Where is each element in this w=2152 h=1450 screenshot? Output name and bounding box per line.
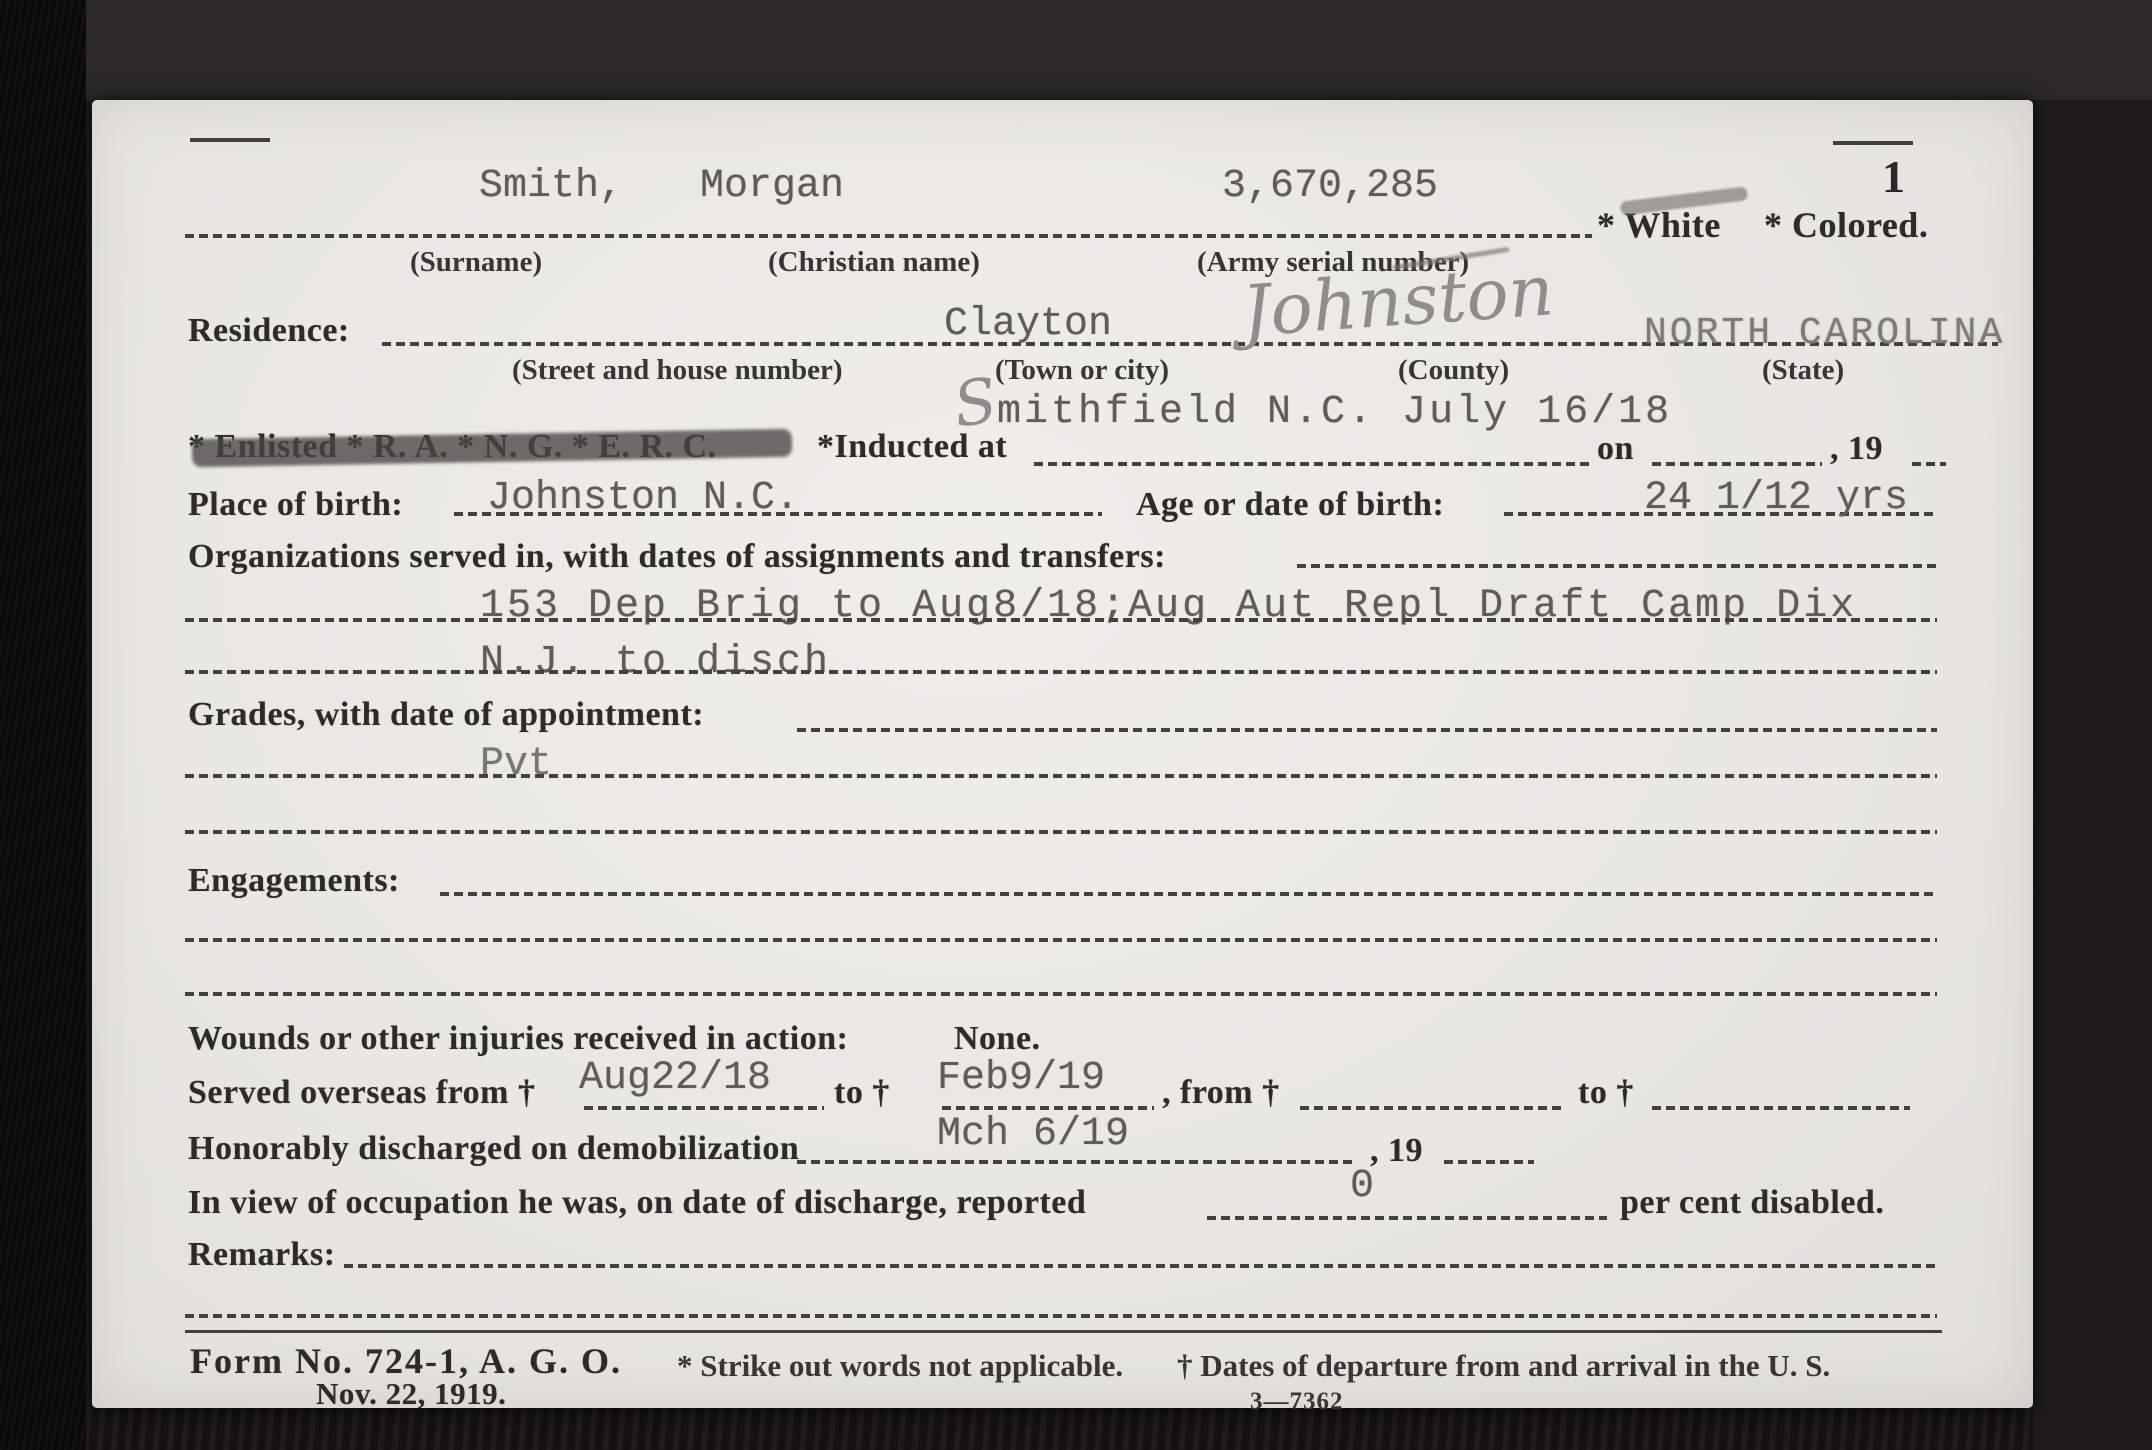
- scan-left-border: [0, 0, 86, 1450]
- engagements-label: Engagements:: [188, 862, 400, 900]
- overseas-from1-value: Aug22/18: [579, 1056, 771, 1101]
- overseas-from2-line: [1300, 1106, 1566, 1110]
- footer-strike-note: * Strike out words not applicable.: [677, 1348, 1123, 1384]
- place-of-birth-label: Place of birth:: [188, 486, 403, 524]
- place-of-birth-line: [454, 512, 1102, 516]
- residence-town-value: Clayton: [944, 302, 1112, 347]
- organizations-label: Organizations served in, with dates of a…: [188, 538, 1166, 576]
- inducted-on-label: on: [1597, 430, 1634, 468]
- disability-label: In view of occupation he was, on date of…: [188, 1184, 1086, 1222]
- town-label: (Town or city): [995, 354, 1169, 387]
- remarks-label: Remarks:: [188, 1236, 336, 1274]
- grades-line-1: [185, 774, 1937, 778]
- discharge-line: [797, 1160, 1357, 1164]
- state-label: (State): [1762, 354, 1844, 387]
- footer-print-code: 3—7362: [1250, 1388, 1344, 1416]
- page-number: 1: [1882, 150, 1905, 203]
- disability-percent-value: 0: [1350, 1164, 1374, 1209]
- overseas-to2-line: [1652, 1106, 1910, 1110]
- discharge-label: Honorably discharged on demobilization: [188, 1130, 799, 1168]
- scan-bottom-border: [86, 1408, 2033, 1450]
- residence-label: Residence:: [188, 312, 350, 350]
- disability-suffix-label: per cent disabled.: [1620, 1184, 1884, 1222]
- organizations-line-0: [1297, 564, 1937, 568]
- inducted-at-line: [1034, 462, 1589, 466]
- served-overseas-label: Served overseas from †: [188, 1074, 535, 1112]
- wounds-value: None.: [954, 1020, 1041, 1058]
- disability-line: [1207, 1216, 1607, 1220]
- grades-line-0: [797, 728, 1937, 732]
- wounds-label: Wounds or other injuries received in act…: [188, 1020, 848, 1058]
- inducted-at-label: *Inducted at: [817, 428, 1007, 466]
- organizations-line-2: [185, 670, 1937, 674]
- overseas-to2-label: to †: [1578, 1074, 1634, 1112]
- engagements-line-1: [185, 938, 1937, 942]
- scan-top-border: [86, 0, 2152, 100]
- organizations-entry-1: 153 Dep Brig to Aug8/18;Aug Aut Repl Dra…: [480, 584, 1857, 629]
- scan-right-border: [2033, 100, 2152, 1450]
- age-of-birth-label: Age or date of birth:: [1136, 486, 1444, 524]
- scanned-record-page: 1 Smith, Morgan 3,670,285 * White * Colo…: [0, 0, 2152, 1450]
- remarks-line-2: [185, 1314, 1937, 1318]
- street-label: (Street and house number): [512, 354, 843, 387]
- engagements-line-2: [185, 992, 1937, 996]
- overseas-from1-line: [584, 1106, 824, 1110]
- overseas-to1-label: to †: [834, 1074, 890, 1112]
- organizations-entry-2: N.J. to disch: [480, 640, 831, 685]
- inducted-year-label: , 19: [1830, 430, 1883, 468]
- grades-line-2: [185, 830, 1937, 834]
- corner-mark-right: [1833, 141, 1913, 145]
- inducted-place-value: mithfield N.C. July 16/18: [997, 390, 1672, 435]
- name-row-line: [185, 234, 1592, 238]
- discharge-year-label: , 19: [1370, 1132, 1423, 1170]
- age-of-birth-value: 24 1/12 yrs: [1644, 476, 1908, 521]
- engagements-line-0: [440, 892, 1937, 896]
- inducted-on-line: [1652, 462, 1822, 466]
- discharge-date-value: Mch 6/19: [937, 1112, 1129, 1157]
- surname-label: (Surname): [410, 246, 542, 279]
- christian-name-value: Morgan: [700, 164, 844, 209]
- corner-mark-left: [190, 138, 270, 142]
- christian-name-label: (Christian name): [768, 246, 980, 279]
- service-record-card: 1 Smith, Morgan 3,670,285 * White * Colo…: [92, 100, 2033, 1408]
- overseas-to1-value: Feb9/19: [937, 1056, 1105, 1101]
- grades-label: Grades, with date of appointment:: [188, 696, 704, 734]
- army-serial-value: 3,670,285: [1222, 164, 1438, 209]
- footer-dagger-note: † Dates of departure from and arrival in…: [1177, 1348, 1830, 1384]
- inducted-year-line: [1912, 462, 1946, 466]
- surname-value: Smith,: [479, 164, 623, 209]
- race-colored-option: * Colored.: [1764, 204, 1928, 246]
- residence-state-stamp: NORTH CAROLINA: [1644, 312, 2005, 355]
- county-label: (County): [1398, 354, 1509, 387]
- footer-form-date: Nov. 22, 1919.: [316, 1376, 506, 1412]
- discharge-year-line: [1444, 1160, 1534, 1164]
- footer-rule: [185, 1330, 1942, 1333]
- overseas-to1-line: [942, 1106, 1154, 1110]
- overseas-from2-label: , from †: [1162, 1074, 1280, 1112]
- grades-value: Pvt: [480, 742, 552, 787]
- organizations-line-1: [185, 618, 1937, 622]
- remarks-line-1: [344, 1264, 1937, 1268]
